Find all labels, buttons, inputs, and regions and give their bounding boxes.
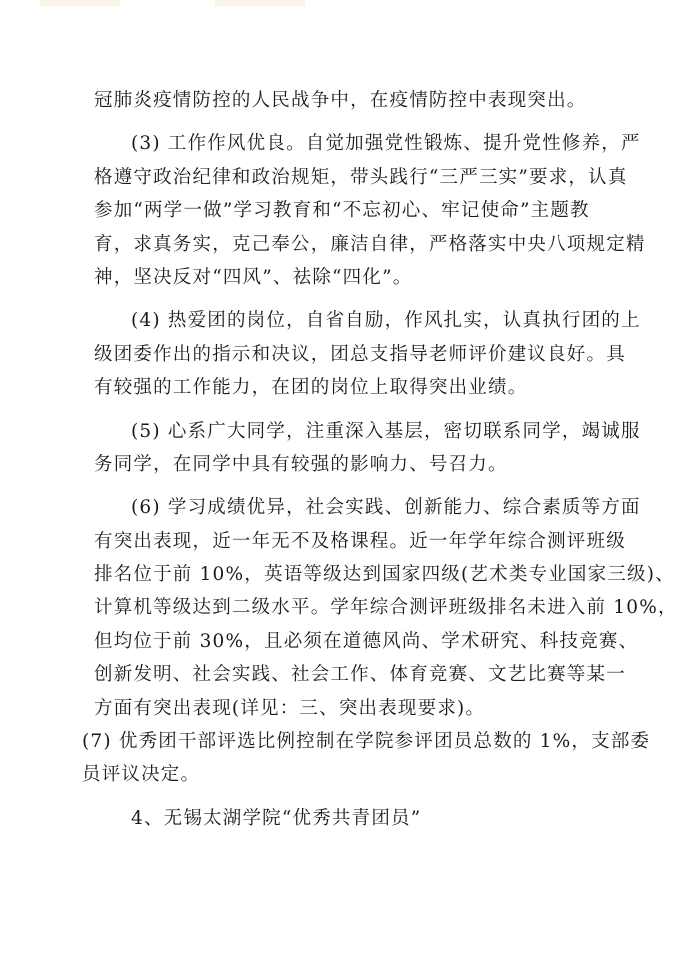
text-line: 育，求真务实，克己奉公，廉洁自律，严格落实中央八项规定精 xyxy=(94,228,610,261)
text-line: 有较强的工作能力，在团的岗位上取得突出业绩。 xyxy=(94,371,610,404)
text-line: 方面有突出表现(详见：三、突出表现要求)。 xyxy=(94,692,610,725)
text-line: 排名位于前 10%，英语等级达到国家四级(艺术类专业国家三级)、 xyxy=(94,558,610,591)
scan-edge-artifact xyxy=(40,0,120,6)
text-line: (6) 学习成绩优异，社会实践、创新能力、综合素质等方面 xyxy=(94,491,610,524)
text-line: 计算机等级达到二级水平。学年综合测评班级排名未进入前 10%， xyxy=(94,591,610,624)
text-line: (4) 热爱团的岗位，自省自励，作风扎实，认真执行团的上 xyxy=(94,304,610,337)
text-line: 但均位于前 30%，且必须在道德风尚、学术研究、科技竞赛、 xyxy=(94,625,610,658)
text-line: 参加“两学一做”学习教育和“不忘初心、牢记使命”主题教 xyxy=(94,194,610,227)
text-line: 员评议决定。 xyxy=(82,758,610,791)
text-line: (7) 优秀团干部评选比例控制在学院参评团员总数的 1%，支部委 xyxy=(82,725,610,758)
text-line: (5) 心系广大同学，注重深入基层，密切联系同学，竭诚服 xyxy=(94,415,610,448)
text-line: 格遵守政治纪律和政治规矩，带头践行“三严三实”要求，认真 xyxy=(94,161,610,194)
text-line: 务同学，在同学中具有较强的影响力、号召力。 xyxy=(94,448,610,481)
text-line: 级团委作出的指示和决议，团总支指导老师评价建议良好。具 xyxy=(94,338,610,371)
text-line: 神，坚决反对“四风”、祛除“四化”。 xyxy=(94,261,610,294)
text-line: 有突出表现，近一年无不及格课程。近一年学年综合测评班级 xyxy=(94,525,610,558)
text-line: 冠肺炎疫情防控的人民战争中，在疫情防控中表现突出。 xyxy=(94,84,610,117)
scan-edge-artifact xyxy=(215,0,305,6)
document-page: 冠肺炎疫情防控的人民战争中，在疫情防控中表现突出。 (3) 工作作风优良。自觉加… xyxy=(94,84,610,835)
text-line: (3) 工作作风优良。自觉加强党性锻炼、提升党性修养，严 xyxy=(94,127,610,160)
section-heading: 4、无锡太湖学院“优秀共青团员” xyxy=(94,802,610,835)
text-line: 创新发明、社会实践、社会工作、体育竞赛、文艺比赛等某一 xyxy=(94,658,610,691)
